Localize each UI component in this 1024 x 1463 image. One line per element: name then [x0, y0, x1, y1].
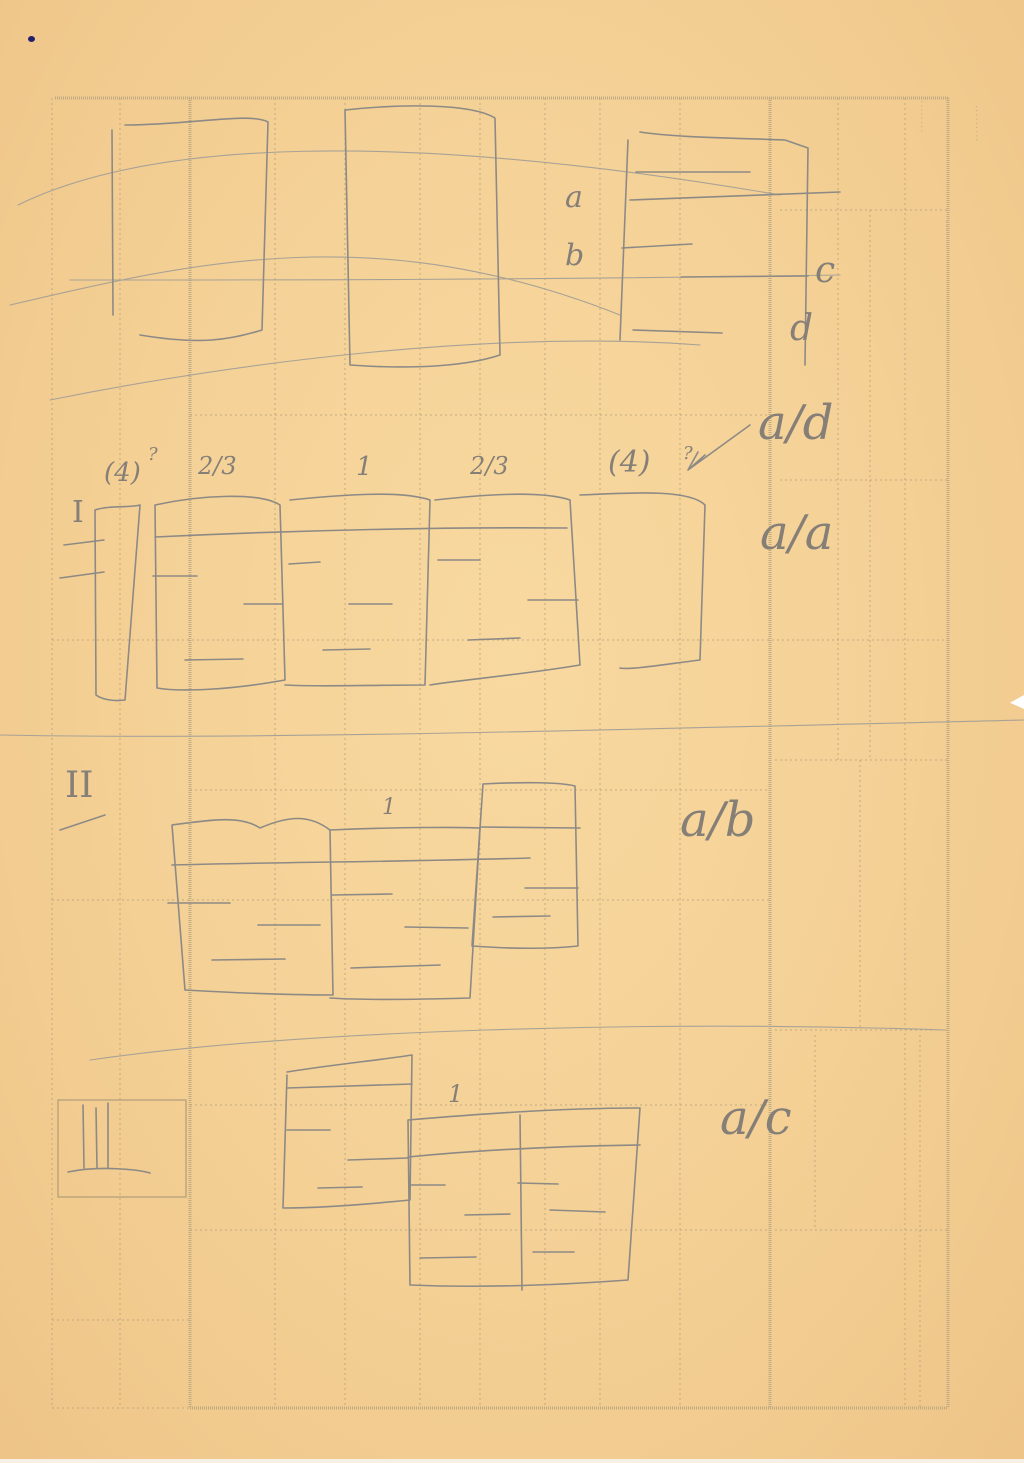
label-a: a — [565, 180, 583, 215]
fraction-col1: 2/3 — [198, 452, 237, 480]
label-b: b — [565, 238, 584, 273]
roman-numeral-2: II — [65, 765, 93, 806]
marker-4-right: (4) — [608, 445, 651, 480]
marker-4-left: (4) — [104, 458, 141, 488]
sketch-row-1 — [112, 106, 840, 367]
label-d: d — [790, 308, 813, 349]
question-mark-left: ? — [148, 444, 158, 465]
row4-label: 1 — [448, 1080, 463, 1108]
fraction-col2: 1 — [356, 452, 373, 482]
fraction-col3: 2/3 — [470, 452, 509, 480]
label-c: c — [815, 250, 835, 291]
pencil-sketches — [0, 0, 1024, 1463]
ratio-a-c: a/c — [720, 1090, 792, 1146]
roman-numeral-1: I — [72, 495, 84, 530]
sketch-row-3 — [168, 783, 580, 1000]
ratio-a-b: a/b — [680, 792, 756, 848]
ratio-a-d: a/d — [758, 395, 834, 451]
row3-label: 1 — [382, 795, 396, 820]
sketch-row-2 — [95, 425, 750, 701]
question-mark-right: ? — [683, 443, 693, 464]
ratio-a-a: a/a — [760, 505, 833, 561]
